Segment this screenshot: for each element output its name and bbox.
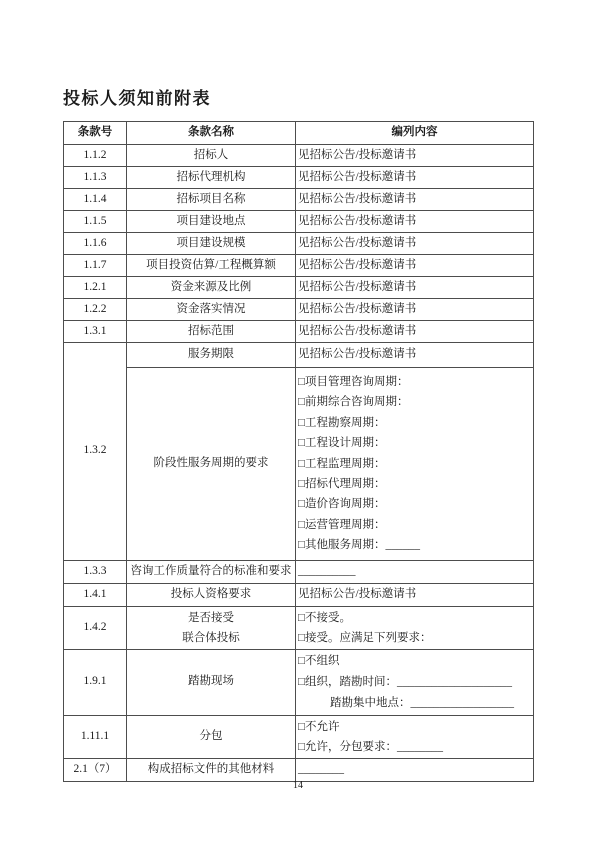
- checkbox-option: □工程监理周期：: [298, 454, 531, 474]
- clause-name-cell: 项目建设规模: [127, 233, 296, 255]
- checkbox-option: □组织，踏勘时间：____________________: [298, 672, 531, 693]
- content-cell: □不允许 □允许，分包要求：________: [296, 715, 534, 758]
- table-row: 1.3.1 招标范围 见招标公告/投标邀请书: [64, 321, 534, 343]
- header-content: 编列内容: [296, 122, 534, 145]
- clause-name-cell: 招标代理机构: [127, 167, 296, 189]
- clause-name-cell: 项目投资估算/工程概算额: [127, 255, 296, 277]
- table-row: 1.1.2 招标人 见招标公告/投标邀请书: [64, 145, 534, 167]
- table-header-row: 条款号 条款名称 编列内容: [64, 122, 534, 145]
- table-row: 1.1.4 招标项目名称 见招标公告/投标邀请书: [64, 189, 534, 211]
- clause-no-cell: 2.1（7）: [64, 758, 127, 781]
- checkbox-option: □运营管理周期：: [298, 515, 531, 535]
- clause-name-cell: 分包: [127, 715, 296, 758]
- clause-name-cell: 咨询工作质量符合的标准和要求: [127, 560, 296, 583]
- content-cell: 见招标公告/投标邀请书: [296, 233, 534, 255]
- table-row: 1.1.5 项目建设地点 见招标公告/投标邀请书: [64, 211, 534, 233]
- table-row: 1.4.1 投标人资格要求 见招标公告/投标邀请书: [64, 583, 534, 606]
- clause-no-cell: 1.1.2: [64, 145, 127, 167]
- content-cell: □不接受。 □接受。应满足下列要求：: [296, 606, 534, 649]
- content-cell: 见招标公告/投标邀请书: [296, 189, 534, 211]
- clause-name-cell: 是否接受 联合体投标: [127, 606, 296, 649]
- content-cell: 见招标公告/投标邀请书: [296, 277, 534, 299]
- table-row: 1.1.7 项目投资估算/工程概算额 见招标公告/投标邀请书: [64, 255, 534, 277]
- bidder-notice-table: 条款号 条款名称 编列内容 1.1.2 招标人 见招标公告/投标邀请书 1.1.…: [63, 121, 534, 782]
- clause-no-cell: 1.4.1: [64, 583, 127, 606]
- table-row: 1.3.2 服务期限 见招标公告/投标邀请书: [64, 343, 534, 368]
- table-row: 1.4.2 是否接受 联合体投标 □不接受。 □接受。应满足下列要求：: [64, 606, 534, 649]
- clause-name-cell: 投标人资格要求: [127, 583, 296, 606]
- content-cell: ________: [296, 758, 534, 781]
- header-clause-no: 条款号: [64, 122, 127, 145]
- table-row: 1.2.1 资金来源及比例 见招标公告/投标邀请书: [64, 277, 534, 299]
- checkbox-option: □招标代理周期：: [298, 474, 531, 494]
- checkbox-option: □不组织: [298, 651, 531, 672]
- content-cell: □不组织 □组织，踏勘时间：____________________ 踏勘集中地…: [296, 649, 534, 715]
- header-clause-name: 条款名称: [127, 122, 296, 145]
- table-row: 1.9.1 踏勘现场 □不组织 □组织，踏勘时间：_______________…: [64, 649, 534, 715]
- checkbox-option: □不接受。: [298, 608, 531, 628]
- clause-name-line: 联合体投标: [129, 628, 293, 648]
- clause-name-cell: 资金落实情况: [127, 299, 296, 321]
- content-cell: 见招标公告/投标邀请书: [296, 167, 534, 189]
- page-number: 14: [0, 780, 596, 791]
- clause-no-cell: 1.2.2: [64, 299, 127, 321]
- content-cell: □项目管理咨询周期： □前期综合咨询周期： □工程勘察周期： □工程设计周期： …: [296, 368, 534, 561]
- table-row: 1.11.1 分包 □不允许 □允许，分包要求：________: [64, 715, 534, 758]
- checkbox-option: □工程设计周期：: [298, 433, 531, 453]
- checkbox-option: □工程勘察周期：: [298, 413, 531, 433]
- table-row: 1.1.6 项目建设规模 见招标公告/投标邀请书: [64, 233, 534, 255]
- content-cell: 见招标公告/投标邀请书: [296, 299, 534, 321]
- clause-no-cell: 1.9.1: [64, 649, 127, 715]
- clause-name-cell: 招标项目名称: [127, 189, 296, 211]
- clause-name-cell: 阶段性服务周期的要求: [127, 368, 296, 561]
- content-cell: 见招标公告/投标邀请书: [296, 343, 534, 368]
- clause-name-cell: 资金来源及比例: [127, 277, 296, 299]
- clause-name-cell: 服务期限: [127, 343, 296, 368]
- page-title: 投标人须知前附表: [63, 84, 211, 109]
- content-cell: 见招标公告/投标邀请书: [296, 211, 534, 233]
- table-row: 阶段性服务周期的要求 □项目管理咨询周期： □前期综合咨询周期： □工程勘察周期…: [64, 368, 534, 561]
- clause-name-cell: 项目建设地点: [127, 211, 296, 233]
- clause-name-cell: 招标人: [127, 145, 296, 167]
- clause-name-cell: 踏勘现场: [127, 649, 296, 715]
- checkbox-option: □不允许: [298, 717, 531, 737]
- clause-no-cell: 1.1.4: [64, 189, 127, 211]
- clause-no-cell: 1.1.7: [64, 255, 127, 277]
- content-cell: 见招标公告/投标邀请书: [296, 145, 534, 167]
- checkbox-option: □项目管理咨询周期：: [298, 372, 531, 392]
- clause-no-cell: 1.4.2: [64, 606, 127, 649]
- table-row: 2.1（7） 构成招标文件的其他材料 ________: [64, 758, 534, 781]
- content-cell: 见招标公告/投标邀请书: [296, 583, 534, 606]
- content-cell: 见招标公告/投标邀请书: [296, 321, 534, 343]
- checkbox-option-list: □项目管理咨询周期： □前期综合咨询周期： □工程勘察周期： □工程设计周期： …: [298, 369, 531, 559]
- checkbox-option: □其他服务周期：______: [298, 535, 531, 555]
- document-page: 投标人须知前附表 条款号 条款名称 编列内容 1.1.2 招标人 见招标公告/投…: [0, 0, 596, 843]
- table-row: 1.1.3 招标代理机构 见招标公告/投标邀请书: [64, 167, 534, 189]
- checkbox-option: □允许，分包要求：________: [298, 737, 531, 757]
- table-row: 1.3.3 咨询工作质量符合的标准和要求 __________: [64, 560, 534, 583]
- content-cell: 见招标公告/投标邀请书: [296, 255, 534, 277]
- clause-no-cell: 1.3.3: [64, 560, 127, 583]
- clause-name-line: 是否接受: [129, 608, 293, 628]
- clause-no-cell: 1.3.2: [64, 343, 127, 561]
- clause-no-cell: 1.11.1: [64, 715, 127, 758]
- clause-no-cell: 1.1.5: [64, 211, 127, 233]
- table-row: 1.2.2 资金落实情况 见招标公告/投标邀请书: [64, 299, 534, 321]
- blank-line: 踏勘集中地点：__________________: [298, 693, 531, 714]
- checkbox-option: □造价咨询周期：: [298, 494, 531, 514]
- checkbox-option: □接受。应满足下列要求：: [298, 628, 531, 648]
- clause-no-cell: 1.2.1: [64, 277, 127, 299]
- content-cell: __________: [296, 560, 534, 583]
- clause-no-cell: 1.1.6: [64, 233, 127, 255]
- clause-no-cell: 1.3.1: [64, 321, 127, 343]
- clause-no-cell: 1.1.3: [64, 167, 127, 189]
- clause-name-cell: 招标范围: [127, 321, 296, 343]
- clause-name-cell: 构成招标文件的其他材料: [127, 758, 296, 781]
- checkbox-option: □前期综合咨询周期：: [298, 392, 531, 412]
